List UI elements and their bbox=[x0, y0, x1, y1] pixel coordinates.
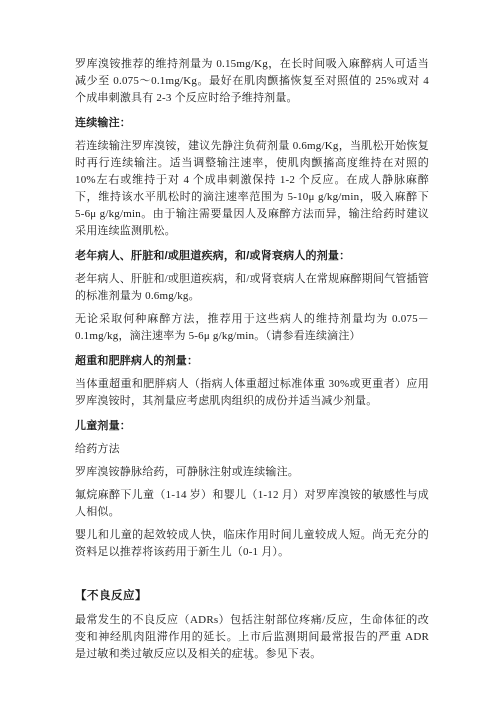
para-administration-method: 给药方法 bbox=[75, 441, 429, 458]
heading-adverse-reactions: 【不良反应】 bbox=[75, 588, 429, 604]
page-number: 3 bbox=[0, 651, 500, 663]
para-elderly-maintenance-dose: 无论采取何种麻醉方法，推荐用于这些病人的维持剂量均为 0.075－0.1mg/k… bbox=[75, 311, 429, 345]
para-continuous-infusion: 若连续输注罗库溴铵，建议先静注负荷剂量 0.6mg/Kg，当肌松开始恢复时再行连… bbox=[75, 138, 429, 240]
heading-continuous-infusion: 连续输注： bbox=[75, 115, 429, 131]
heading-overweight-obese-dose: 超重和肥胖病人的剂量： bbox=[75, 353, 429, 369]
heading-pediatric-dose: 儿童剂量： bbox=[75, 418, 429, 434]
para-iv-administration: 罗库溴铵静脉给药，可静脉注射或连续输注。 bbox=[75, 464, 429, 481]
para-maintenance-dose: 罗库溴铵推荐的维持剂量为 0.15mg/Kg，在长时间吸入麻醉病人可适当减少至 … bbox=[75, 56, 429, 107]
para-halothane-children: 氟烷麻醉下儿童（1-14 岁）和婴儿（1-12 月）对罗库溴铵的敏感性与成人相似… bbox=[75, 487, 429, 521]
document-page: 罗库溴铵推荐的维持剂量为 0.15mg/Kg，在长时间吸入麻醉病人可适当减少至 … bbox=[0, 0, 500, 707]
heading-elderly-hepatic-renal-dose: 老年病人、肝脏和/或胆道疾病，和/或肾衰病人的剂量： bbox=[75, 248, 429, 264]
para-overweight-obese: 当体重超重和肥胖病人（指病人体重超过标准体重 30%或更重者）应用罗库溴铵时，其… bbox=[75, 376, 429, 410]
para-infant-onset: 婴儿和儿童的起效较成人快，临床作用时间儿童较成人短。尚无充分的资料足以推荐将该药… bbox=[75, 527, 429, 561]
para-elderly-standard-dose: 老年病人、肝脏和/或胆道疾病，和/或肾衰病人在常规麻醉期间气管插管的标准剂量为 … bbox=[75, 271, 429, 305]
